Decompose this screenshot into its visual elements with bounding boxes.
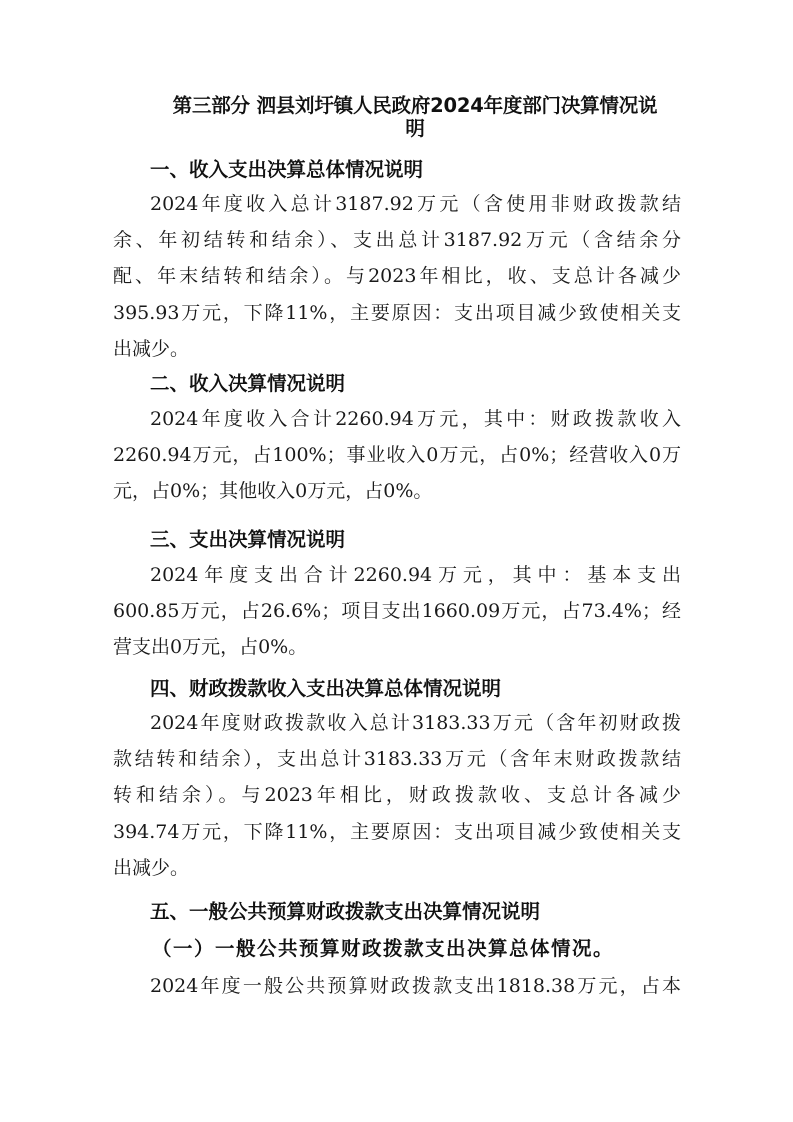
text-line: 元，占0%；其他收入0万元，占0%。 <box>113 473 681 509</box>
text-line: 2260.94万元，占100%；事业收入0万元，占0%；经营收入0万 <box>113 437 681 473</box>
text-line: 2024年度收入总计3187.92万元（含使用非财政拨款结 <box>113 186 681 222</box>
text-line: 转和结余）。与2023年相比，财政拨款收、支总计各减少 <box>113 777 681 813</box>
text-line: 配、年末结转和结余）。与2023年相比，收、支总计各减少 <box>113 258 681 294</box>
text-line: 2024年度支出合计2260.94万元，其中：基本支出 <box>113 557 681 593</box>
document-title: 第三部分 泗县刘圩镇人民政府2024年度部门决算情况说 明 <box>150 94 680 140</box>
text-line: 2024年度一般公共预算财政拨款支出1818.38万元，占本 <box>113 968 681 1004</box>
text-line: 款结转和结余），支出总计3183.33万元（含年末财政拨款结 <box>113 741 681 777</box>
subsection-heading-5-1: （一）一般公共预算财政拨款支出决算总体情况。 <box>152 937 614 961</box>
section-body-4: 2024年度财政拨款收入总计3183.33万元（含年初财政拨 款结转和结余），支… <box>113 705 681 886</box>
section-body-5: 2024年度一般公共预算财政拨款支出1818.38万元，占本 <box>113 968 681 1004</box>
text-line: 2024年度财政拨款收入总计3183.33万元（含年初财政拨 <box>113 705 681 741</box>
text-line: 出减少。 <box>113 850 681 886</box>
document-page: 第三部分 泗县刘圩镇人民政府2024年度部门决算情况说 明 一、收入支出决算总体… <box>0 0 793 1122</box>
section-body-3: 2024年度支出合计2260.94万元，其中：基本支出 600.85万元，占26… <box>113 557 681 666</box>
section-heading-3: 三、支出决算情况说明 <box>150 528 345 552</box>
text-line: 出减少。 <box>113 331 681 367</box>
section-heading-4: 四、财政拨款收入支出决算总体情况说明 <box>150 677 501 701</box>
text-line: 395.93万元，下降11%，主要原因：支出项目减少致使相关支 <box>113 295 681 331</box>
section-heading-2: 二、收入决算情况说明 <box>150 372 345 396</box>
text-line: 2024年度收入合计2260.94万元，其中：财政拨款收入 <box>113 401 681 437</box>
title-line-1: 第三部分 泗县刘圩镇人民政府2024年度部门决算情况说 <box>150 94 680 117</box>
text-line: 余、年初结转和结余）、支出总计3187.92万元（含结余分 <box>113 222 681 258</box>
title-line-2: 明 <box>150 117 680 140</box>
section-body-1: 2024年度收入总计3187.92万元（含使用非财政拨款结 余、年初结转和结余）… <box>113 186 681 367</box>
section-heading-5: 五、一般公共预算财政拨款支出决算情况说明 <box>150 900 540 924</box>
text-line: 营支出0万元，占0%。 <box>113 629 681 665</box>
section-heading-1: 一、收入支出决算总体情况说明 <box>150 158 423 182</box>
text-line: 394.74万元，下降11%，主要原因：支出项目减少致使相关支 <box>113 814 681 850</box>
text-line: 600.85万元，占26.6%；项目支出1660.09万元，占73.4%；经 <box>113 593 681 629</box>
section-body-2: 2024年度收入合计2260.94万元，其中：财政拨款收入 2260.94万元，… <box>113 401 681 510</box>
